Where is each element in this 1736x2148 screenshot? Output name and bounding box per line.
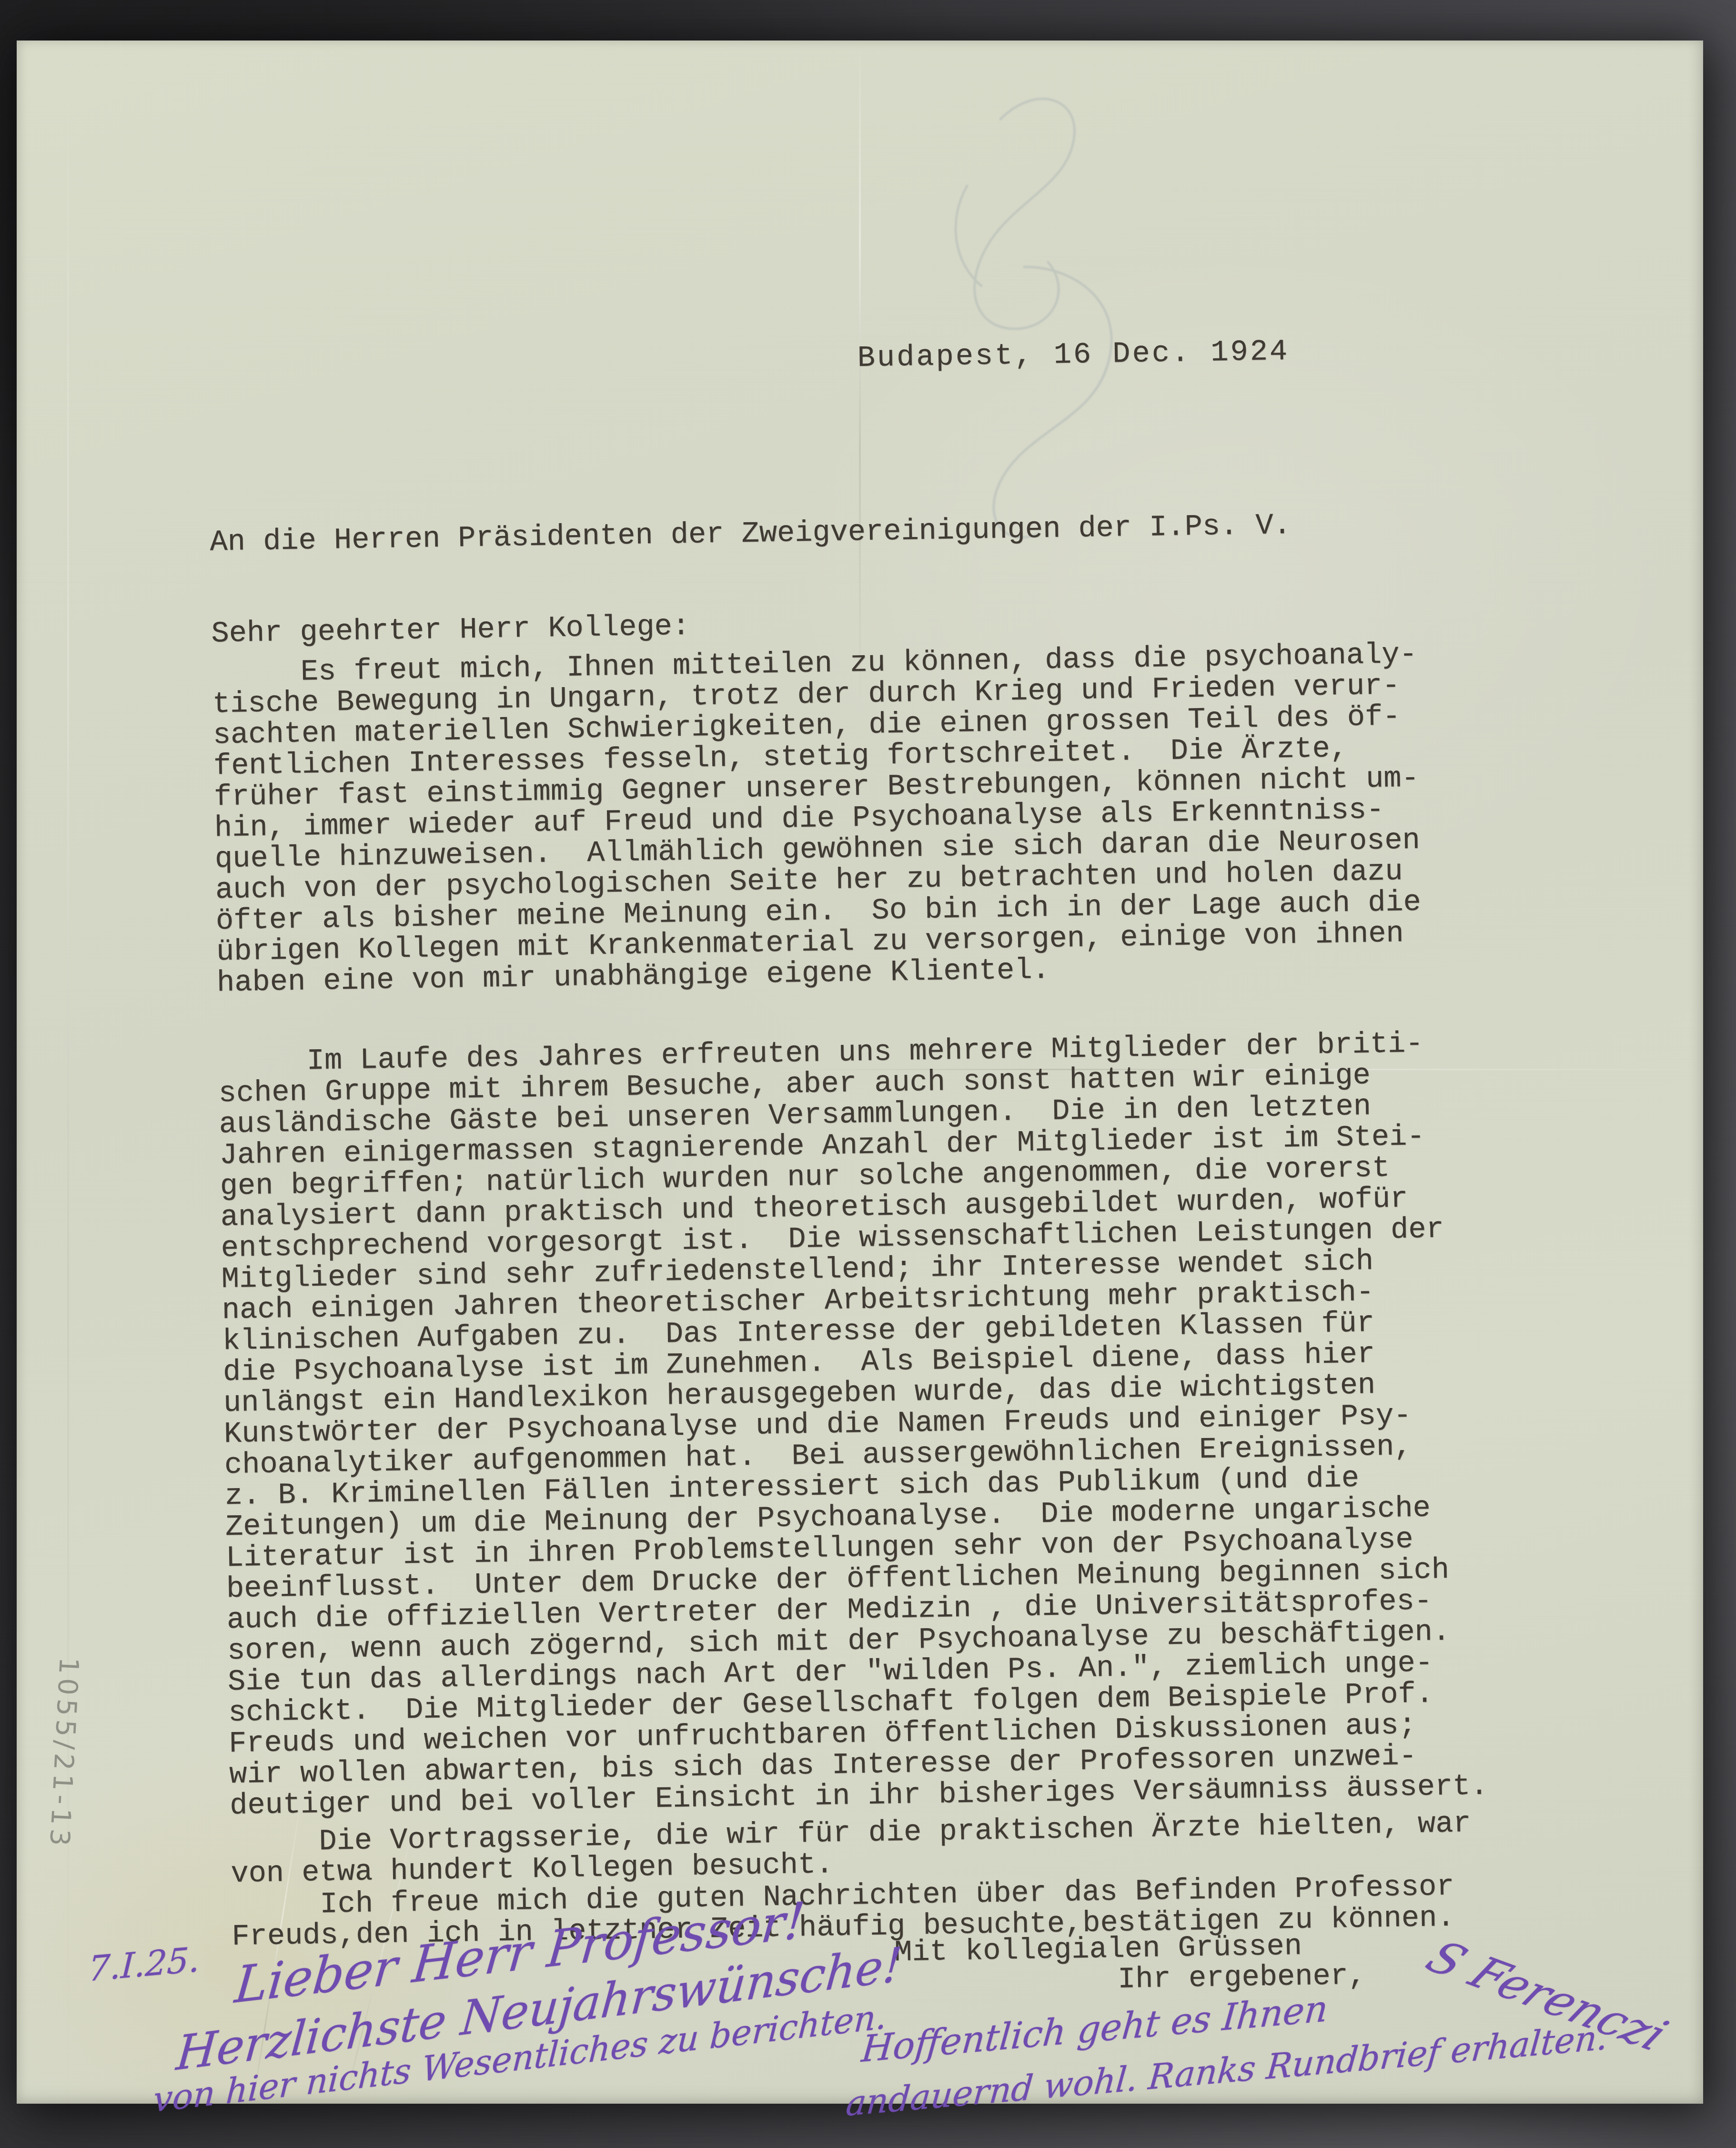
letter-paper-sheet: Budapest, 16 Dec. 1924 An die Herren Prä… (17, 41, 1703, 2104)
handwritten-annotation-date: 7.I.25. (87, 1939, 201, 1989)
archival-margin-number: 1055/21-13 (43, 1657, 84, 1851)
handwriting-layer: 7.I.25. Lieber Herr Professor! Herzlichs… (17, 41, 1703, 2104)
scanned-letter-page: { "page": { "description": "Scanned type… (0, 0, 1736, 2148)
